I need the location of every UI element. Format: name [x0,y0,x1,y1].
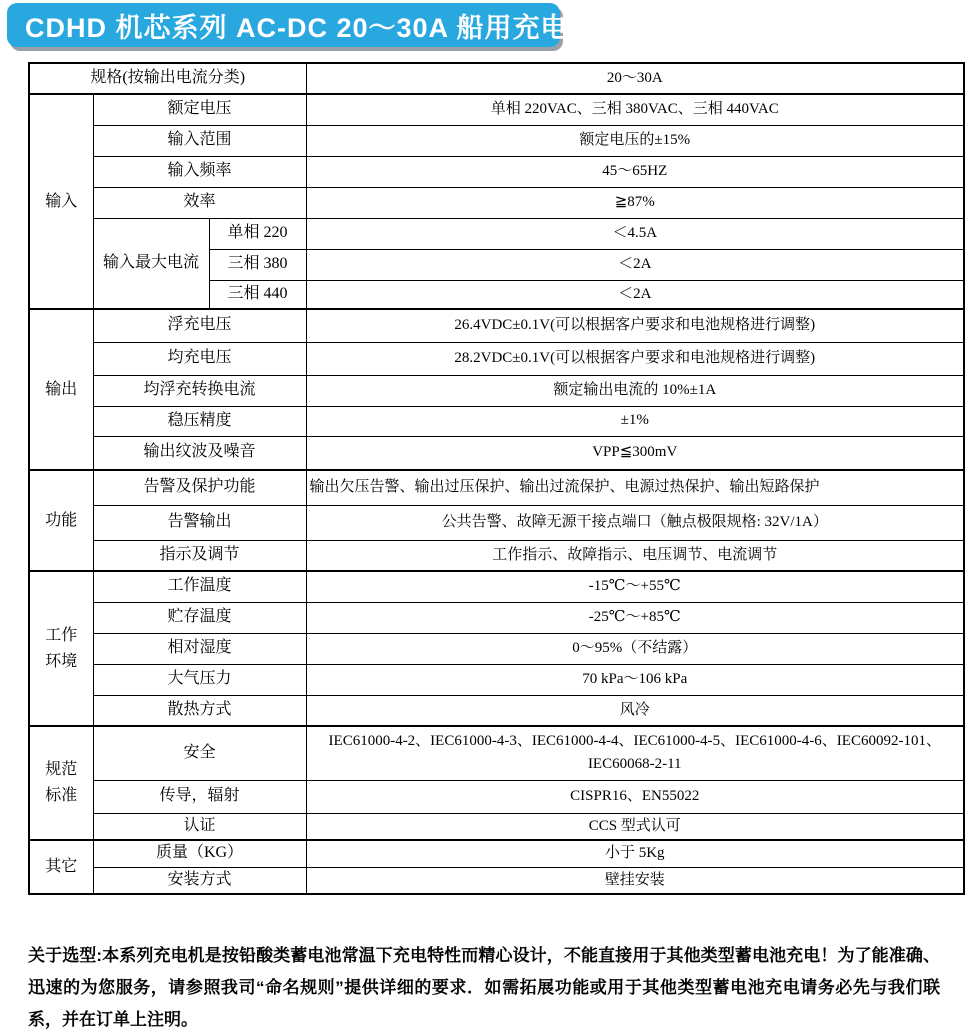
table-row: 均充电压 28.2VDC±0.1V(可以根据客户要求和电池规格进行调整) [29,342,964,375]
input-frequency-value: 45～65HZ [306,156,964,187]
table-row: 大气压力 70 kPa～106 kPa [29,664,964,695]
max-current-phase3-value: ＜2A [306,280,964,309]
selection-note: 关于选型:本系列充电机是按铅酸类蓄电池常温下充电特性而精心设计，不能直接用于其他… [28,940,940,1036]
table-row: 输出 浮充电压 26.4VDC±0.1V(可以根据客户要求和电池规格进行调整) [29,309,964,342]
table-row: 输入最大电流 单相 220 ＜4.5A [29,218,964,249]
alarm-output-value: 公共告警、故障无源干接点端口（触点极限规格: 32V/1A） [306,505,964,540]
group-output: 输出 [29,309,93,470]
max-current-phase2-value: ＜2A [306,249,964,280]
max-current-phase3-label: 三相 440 [209,280,306,309]
switch-current-label: 均浮充转换电流 [93,375,306,406]
efficiency-value: ≧87% [306,187,964,218]
max-input-current-label: 输入最大电流 [93,218,209,309]
pressure-label: 大气压力 [93,664,306,695]
spec-row-value: 20～30A [306,63,964,94]
regulation-accuracy-value: ±1% [306,406,964,436]
spec-row-label: 规格(按输出电流分类) [29,63,306,94]
equalizing-voltage-value: 28.2VDC±0.1V(可以根据客户要求和电池规格进行调整) [306,342,964,375]
table-row: 告警输出 公共告警、故障无源干接点端口（触点极限规格: 32V/1A） [29,505,964,540]
table-row: 均浮充转换电流 额定输出电流的 10%±1A [29,375,964,406]
table-row: 指示及调节 工作指示、故障指示、电压调节、电流调节 [29,540,964,571]
storage-temp-value: -25℃～+85℃ [306,602,964,633]
table-row: 功能 告警及保护功能 输出欠压告警、输出过压保护、输出过流保护、电源过热保护、输… [29,470,964,505]
alarm-output-label: 告警输出 [93,505,306,540]
conduction-radiation-label: 传导，辐射 [93,780,306,813]
humidity-value: 0～95%（不结露） [306,633,964,664]
working-temp-label: 工作温度 [93,571,306,602]
equalizing-voltage-label: 均充电压 [93,342,306,375]
table-row: 输入频率 45～65HZ [29,156,964,187]
certification-value: CCS 型式认可 [306,813,964,840]
table-row: 其它 质量（KG） 小于 5Kg [29,840,964,867]
table-row: 输入 额定电压 单相 220VAC、三相 380VAC、三相 440VAC [29,94,964,125]
mounting-label: 安装方式 [93,867,306,894]
certification-label: 认证 [93,813,306,840]
table-row: 传导，辐射 CISPR16、EN55022 [29,780,964,813]
input-range-value: 额定电压的±15% [306,125,964,156]
table-row: 认证 CCS 型式认可 [29,813,964,840]
indication-adjust-label: 指示及调节 [93,540,306,571]
float-voltage-label: 浮充电压 [93,309,306,342]
weight-value: 小于 5Kg [306,840,964,867]
title-banner: CDHD 机芯系列 AC-DC 20～30A 船用充电电源技术参数 [7,3,560,47]
regulation-accuracy-label: 稳压精度 [93,406,306,436]
cooling-label: 散热方式 [93,695,306,726]
spec-table: 规格(按输出电流分类) 20～30A 输入 额定电压 单相 220VAC、三相 … [28,62,965,895]
input-frequency-label: 输入频率 [93,156,306,187]
group-environment: 工作 环境 [29,571,93,726]
group-other: 其它 [29,840,93,894]
conduction-radiation-value: CISPR16、EN55022 [306,780,964,813]
alarm-protection-value: 输出欠压告警、输出过压保护、输出过流保护、电源过热保护、输出短路保护 [306,470,964,505]
alarm-protection-label: 告警及保护功能 [93,470,306,505]
rated-voltage-label: 额定电压 [93,94,306,125]
table-row: 贮存温度 -25℃～+85℃ [29,602,964,633]
safety-value: IEC61000-4-2、IEC61000-4-3、IEC61000-4-4、I… [306,726,964,780]
float-voltage-value: 26.4VDC±0.1V(可以根据客户要求和电池规格进行调整) [306,309,964,342]
ripple-noise-label: 输出纹波及噪音 [93,436,306,470]
table-row: 输出纹波及噪音 VPP≦300mV [29,436,964,470]
indication-adjust-value: 工作指示、故障指示、电压调节、电流调节 [306,540,964,571]
table-row: 安装方式 壁挂安装 [29,867,964,894]
humidity-label: 相对湿度 [93,633,306,664]
ripple-noise-value: VPP≦300mV [306,436,964,470]
page-title: CDHD 机芯系列 AC-DC 20～30A 船用充电电源技术参数 [25,6,737,45]
mounting-value: 壁挂安装 [306,867,964,894]
group-input: 输入 [29,94,93,309]
table-row: 散热方式 风冷 [29,695,964,726]
table-row: 稳压精度 ±1% [29,406,964,436]
switch-current-value: 额定输出电流的 10%±1A [306,375,964,406]
pressure-value: 70 kPa～106 kPa [306,664,964,695]
table-row: 输入范围 额定电压的±15% [29,125,964,156]
table-row: 规格(按输出电流分类) 20～30A [29,63,964,94]
table-row: 工作 环境 工作温度 -15℃～+55℃ [29,571,964,602]
weight-label: 质量（KG） [93,840,306,867]
table-row: 相对湿度 0～95%（不结露） [29,633,964,664]
group-standards: 规范 标准 [29,726,93,840]
cooling-value: 风冷 [306,695,964,726]
max-current-phase2-label: 三相 380 [209,249,306,280]
efficiency-label: 效率 [93,187,306,218]
max-current-phase1-value: ＜4.5A [306,218,964,249]
input-range-label: 输入范围 [93,125,306,156]
safety-label: 安全 [93,726,306,780]
storage-temp-label: 贮存温度 [93,602,306,633]
table-row: 效率 ≧87% [29,187,964,218]
working-temp-value: -15℃～+55℃ [306,571,964,602]
group-function: 功能 [29,470,93,571]
table-row: 规范 标准 安全 IEC61000-4-2、IEC61000-4-3、IEC61… [29,726,964,780]
rated-voltage-value: 单相 220VAC、三相 380VAC、三相 440VAC [306,94,964,125]
max-current-phase1-label: 单相 220 [209,218,306,249]
